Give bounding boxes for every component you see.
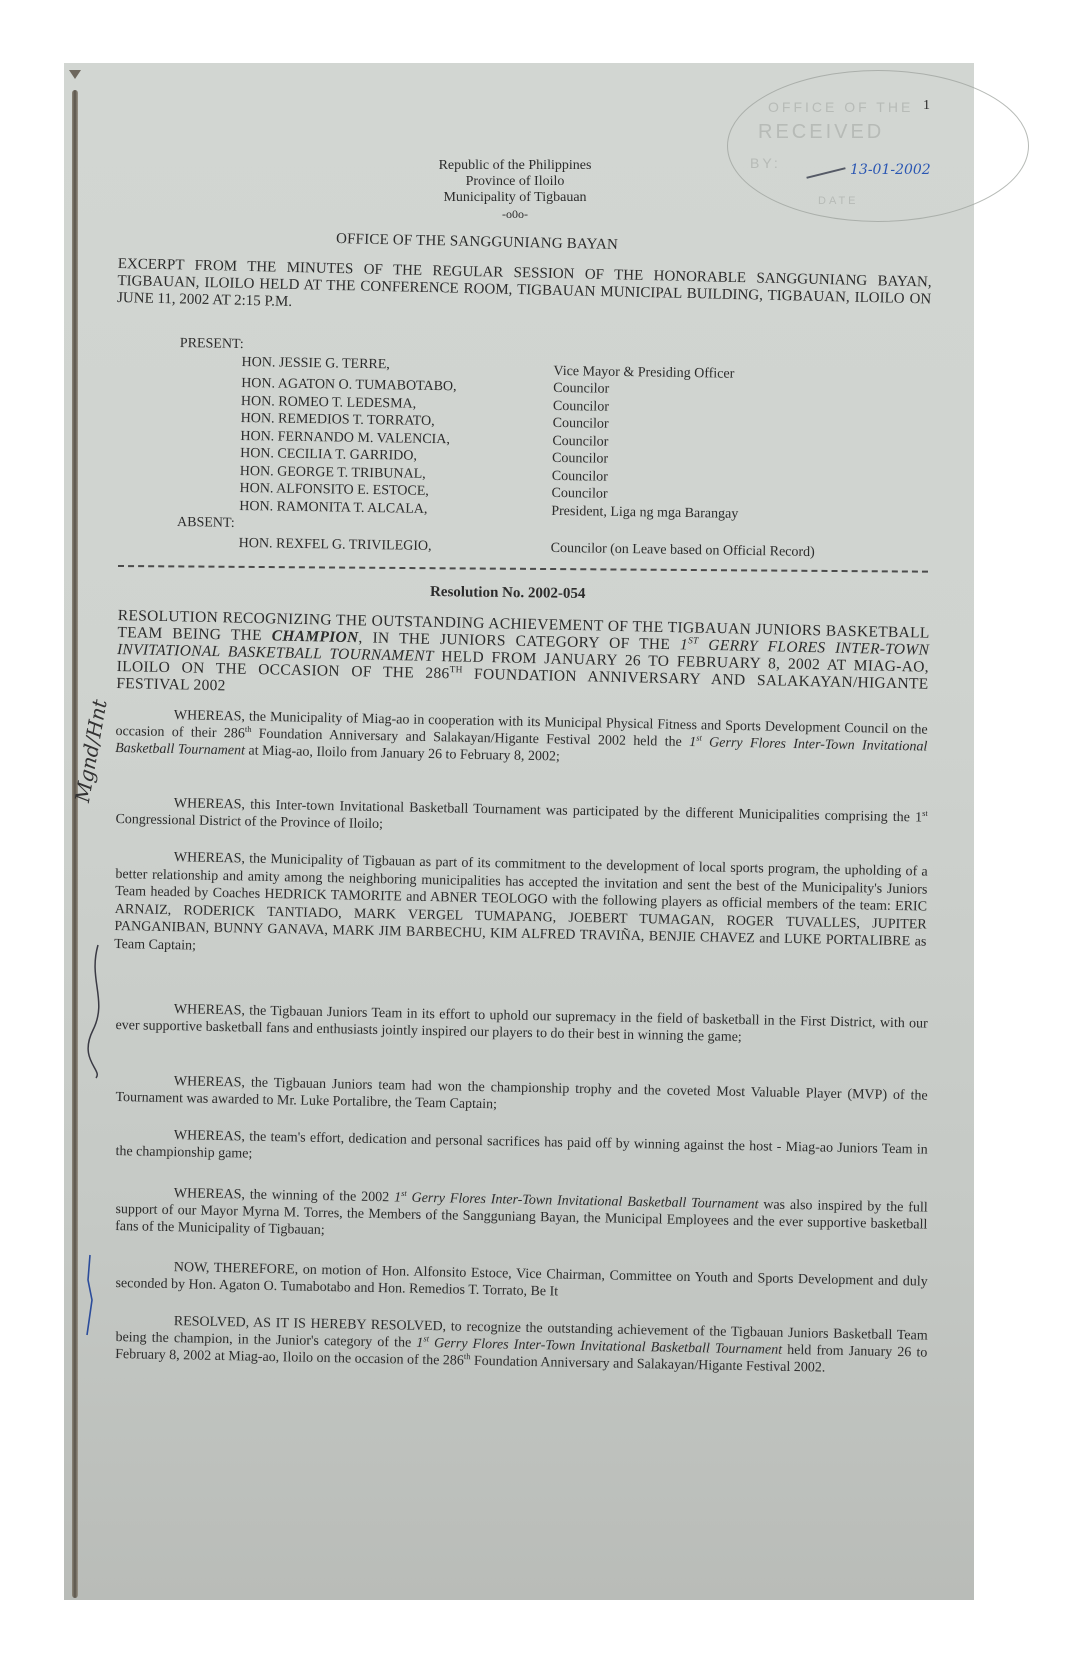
binder-spine bbox=[72, 90, 78, 1598]
resolution-title: RESOLUTION RECOGNIZING THE OUTSTANDING A… bbox=[116, 607, 930, 710]
stamp-label-top: OFFICE OF THE bbox=[768, 99, 913, 115]
attendance-list: PRESENT: HON. JESSIE G. TERRE,Vice Mayor… bbox=[177, 335, 860, 562]
received-stamp: OFFICE OF THE RECEIVED BY: DATE bbox=[727, 70, 1029, 222]
stamp-label-received: RECEIVED bbox=[758, 121, 884, 144]
resolution-number: Resolution No. 2002-054 bbox=[430, 584, 586, 603]
binder-pin-icon bbox=[69, 70, 81, 79]
letterhead: Republic of the Philippines Province of … bbox=[395, 158, 635, 222]
letterhead-line: Province of Iloilo bbox=[395, 174, 635, 190]
handwritten-date: 13-01-2002 bbox=[850, 162, 931, 178]
letterhead-line: Municipality of Tigbauan bbox=[395, 190, 635, 206]
champion-emphasis: CHAMPION bbox=[272, 627, 359, 646]
letterhead-line: Republic of the Philippines bbox=[395, 158, 635, 174]
whereas-clause: WHEREAS, the Municipality of Tigbauan as… bbox=[114, 848, 928, 969]
stamp-label-by: BY: bbox=[750, 155, 781, 171]
letterhead-line: -o0o- bbox=[395, 206, 635, 222]
margin-signature-mark bbox=[78, 940, 118, 1080]
stamp-label-date: DATE bbox=[818, 195, 859, 207]
margin-initials-mark bbox=[80, 1250, 100, 1340]
